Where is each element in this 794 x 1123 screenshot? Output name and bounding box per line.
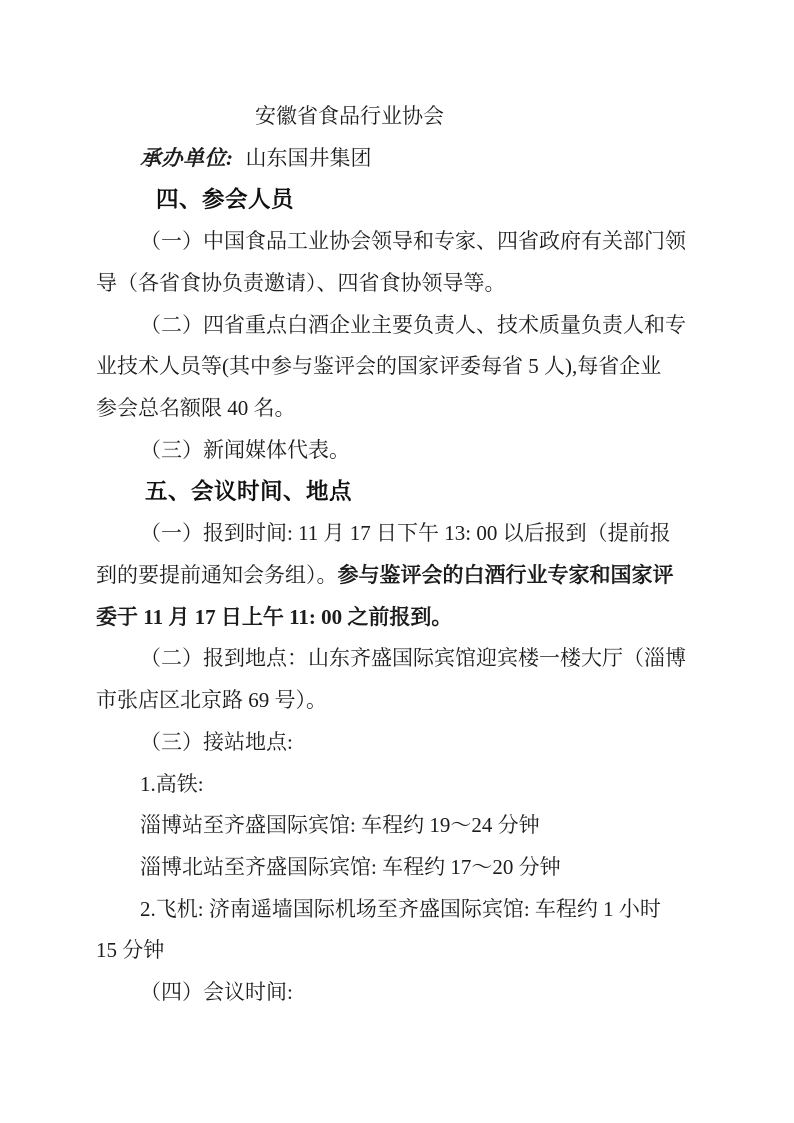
participants-item2-line1: （二）四省重点白酒企业主要负责人、技术质量负责人和专 <box>96 305 704 347</box>
text-run: （一）报到时间: 11 月 17 日下午 13: 00 以后报到（提前报 <box>140 521 671 545</box>
emphasis-text-run: 参与鉴评会的白酒行业专家和国家评 <box>338 563 674 587</box>
text-run: （三）新闻媒体代表。 <box>140 438 350 462</box>
text-run: （四）会议时间: <box>140 980 293 1004</box>
registration-place-line2: 市张店区北京路 69 号）。 <box>96 680 704 722</box>
pickup-point-heading: （三）接站地点: <box>96 722 704 764</box>
emphasis-text-run: 委于 11 月 17 日上午 11: 00 之前报到。 <box>96 605 452 629</box>
section-heading-5: 五、会议时间、地点 <box>96 471 704 513</box>
text-run: （二）报到地点：山东齐盛国际宾馆迎宾楼一楼大厅（淄博 <box>140 646 686 670</box>
organizer-line: 承办单位:山东国井集团 <box>96 138 704 180</box>
text-run: 15 分钟 <box>96 938 164 962</box>
text-run: 1.高铁: <box>140 772 204 796</box>
text-run: 淄博北站至齐盛国际宾馆: 车程约 17～20 分钟 <box>140 855 561 879</box>
section-heading-4: 四、参会人员 <box>96 179 704 221</box>
text-run: 淄博站至齐盛国际宾馆: 车程约 19～24 分钟 <box>140 813 540 837</box>
text-run: 到的要提前通知会务组）。 <box>96 563 338 587</box>
organizer-value: 山东国井集团 <box>246 146 372 170</box>
pickup-rail-route2: 淄博北站至齐盛国际宾馆: 车程约 17～20 分钟 <box>96 847 704 889</box>
text-run: （一）中国食品工业协会领导和专家、四省政府有关部门领 <box>140 229 686 253</box>
participants-item3: （三）新闻媒体代表。 <box>96 430 704 472</box>
pickup-air-line1: 2.飞机: 济南遥墙国际机场至齐盛国际宾馆: 车程约 1 小时 <box>96 889 704 931</box>
host-association-line: 安徽省食品行业协会 <box>96 96 704 138</box>
text-run: 2.飞机: 济南遥墙国际机场至齐盛国际宾馆: 车程约 1 小时 <box>140 897 661 921</box>
host-association-text: 安徽省食品行业协会 <box>255 104 444 128</box>
text-run: 导（各省食协负责邀请）、四省食协领导等。 <box>96 271 506 295</box>
pickup-rail-route1: 淄博站至齐盛国际宾馆: 车程约 19～24 分钟 <box>96 805 704 847</box>
participants-item2-line2: 业技术人员等(其中参与鉴评会的国家评委每省 5 人),每省企业 <box>96 346 704 388</box>
participants-item2-line3: 参会总名额限 40 名。 <box>96 388 704 430</box>
text-run: （二）四省重点白酒企业主要负责人、技术质量负责人和专 <box>140 313 686 337</box>
participants-item1-line2: 导（各省食协负责邀请）、四省食协领导等。 <box>96 263 704 305</box>
registration-place-line1: （二）报到地点：山东齐盛国际宾馆迎宾楼一楼大厅（淄博 <box>96 638 704 680</box>
meeting-time-heading: （四）会议时间: <box>96 972 704 1014</box>
registration-time-line3: 委于 11 月 17 日上午 11: 00 之前报到。 <box>96 597 704 639</box>
text-run: 参会总名额限 40 名。 <box>96 396 296 420</box>
text-run: 业技术人员等(其中参与鉴评会的国家评委每省 5 人),每省企业 <box>96 354 661 378</box>
organizer-label: 承办单位: <box>140 146 234 170</box>
text-run: 市张店区北京路 69 号）。 <box>96 688 327 712</box>
pickup-rail-heading: 1.高铁: <box>96 764 704 806</box>
document-page: 安徽省食品行业协会 承办单位:山东国井集团 四、参会人员 （一）中国食品工业协会… <box>0 0 794 1123</box>
pickup-air-line2: 15 分钟 <box>96 930 704 972</box>
text-run: （三）接站地点: <box>140 730 293 754</box>
registration-time-line2: 到的要提前通知会务组）。参与鉴评会的白酒行业专家和国家评 <box>96 555 704 597</box>
participants-item1-line1: （一）中国食品工业协会领导和专家、四省政府有关部门领 <box>96 221 704 263</box>
registration-time-line1: （一）报到时间: 11 月 17 日下午 13: 00 以后报到（提前报 <box>96 513 704 555</box>
